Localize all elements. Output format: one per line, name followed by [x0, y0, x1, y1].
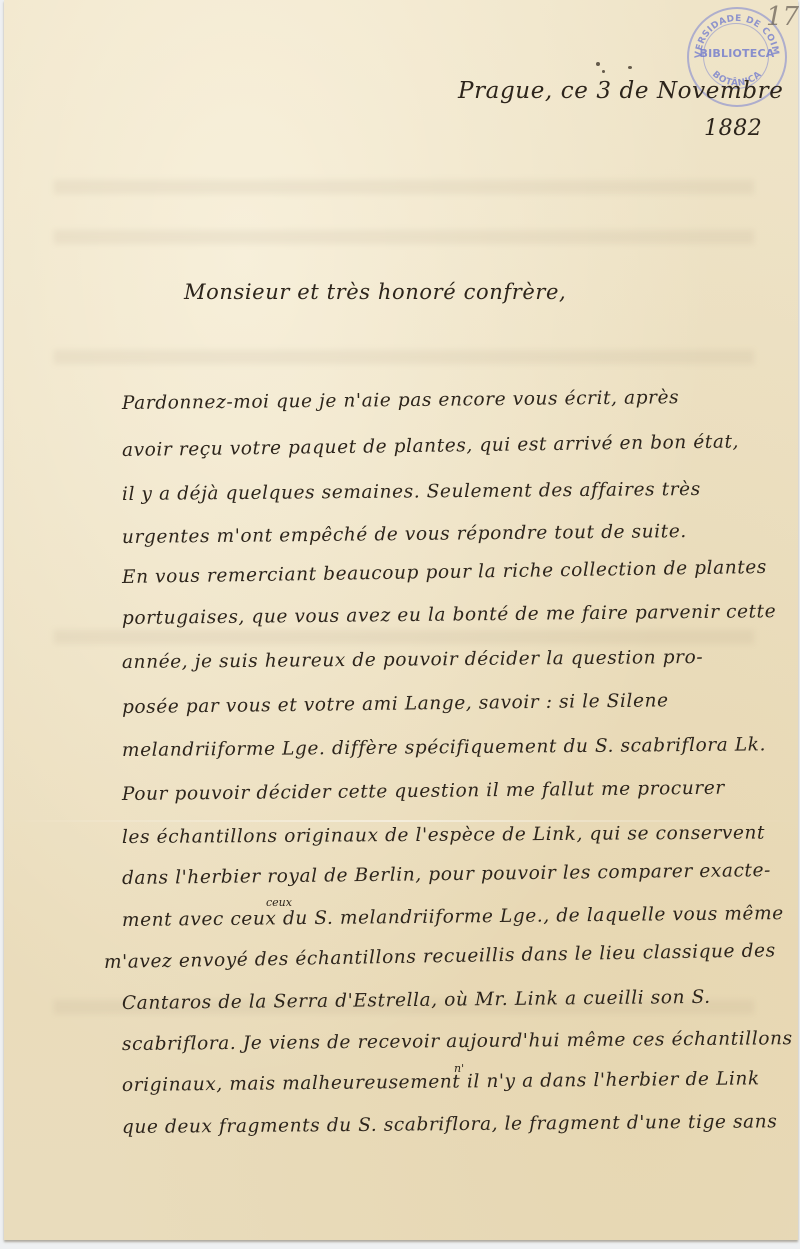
ink-blot [628, 66, 632, 69]
paper-fold [4, 820, 798, 822]
ink-bleedthrough [54, 630, 754, 644]
body-line: avoir reçu votre paquet de plantes, qui … [122, 431, 739, 461]
body-line: Pardonnez-moi que je n'aie pas encore vo… [122, 387, 679, 414]
inserted-correction: ceux [266, 896, 292, 909]
body-line: il y a déjà quelques semaines. Seulement… [122, 479, 701, 505]
date-year: 1882 [704, 116, 762, 141]
body-line: En vous remerciant beaucoup pour la rich… [122, 557, 767, 588]
letter-page: UNIVERSIDADE DE COIMBRA BOTÂNICA BIBLIOT… [4, 0, 798, 1240]
body-line: posée par vous et votre ami Lange, savoi… [122, 690, 669, 718]
folio-number: 17 [766, 2, 799, 32]
body-line: que deux fragments du S. scabriflora, le… [122, 1111, 778, 1138]
body-line: scabriflora. Je viens de recevoir aujour… [122, 1028, 793, 1055]
ink-bleedthrough [54, 230, 754, 244]
salutation: Monsieur et très honoré confrère, [184, 280, 566, 304]
stamp-center-text: BIBLIOTECA [689, 47, 785, 60]
ink-blot [602, 70, 605, 73]
inserted-correction: n' [454, 1062, 464, 1075]
body-line: dans l'herbier royal de Berlin, pour pou… [122, 860, 771, 889]
body-line: année, je suis heureux de pouvoir décide… [122, 647, 703, 673]
ink-bleedthrough [54, 180, 754, 194]
body-line: melandriiforme Lge. diffère spécifiqueme… [122, 734, 766, 761]
body-line: Pour pouvoir décider cette question il m… [122, 778, 725, 805]
place-date: Prague, ce 3 de Novembre [458, 78, 783, 104]
ink-blot [596, 62, 600, 66]
body-line: m'avez envoyé des échantillons recueilli… [104, 940, 776, 973]
body-line: urgentes m'ont empêché de vous répondre … [122, 521, 687, 548]
body-line: ment avec ceux du S. melandriiforme Lge.… [122, 903, 784, 931]
ink-bleedthrough [54, 350, 754, 364]
body-line: originaux, mais malheureusement il n'y a… [122, 1068, 760, 1096]
body-line: les échantillons originaux de l'espèce d… [122, 823, 765, 848]
body-line: portugaises, que vous avez eu la bonté d… [122, 601, 776, 629]
